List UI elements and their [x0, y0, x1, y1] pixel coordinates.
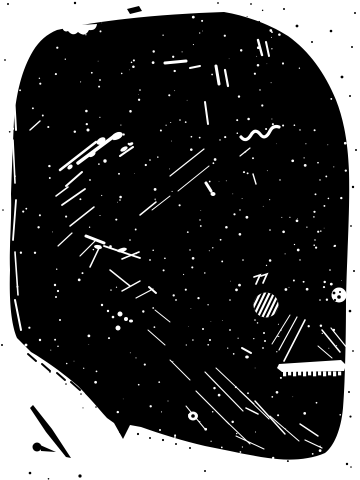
artwork-page [0, 0, 360, 480]
pin-head [33, 443, 42, 452]
artwork [0, 0, 360, 480]
right-eye [332, 288, 347, 303]
